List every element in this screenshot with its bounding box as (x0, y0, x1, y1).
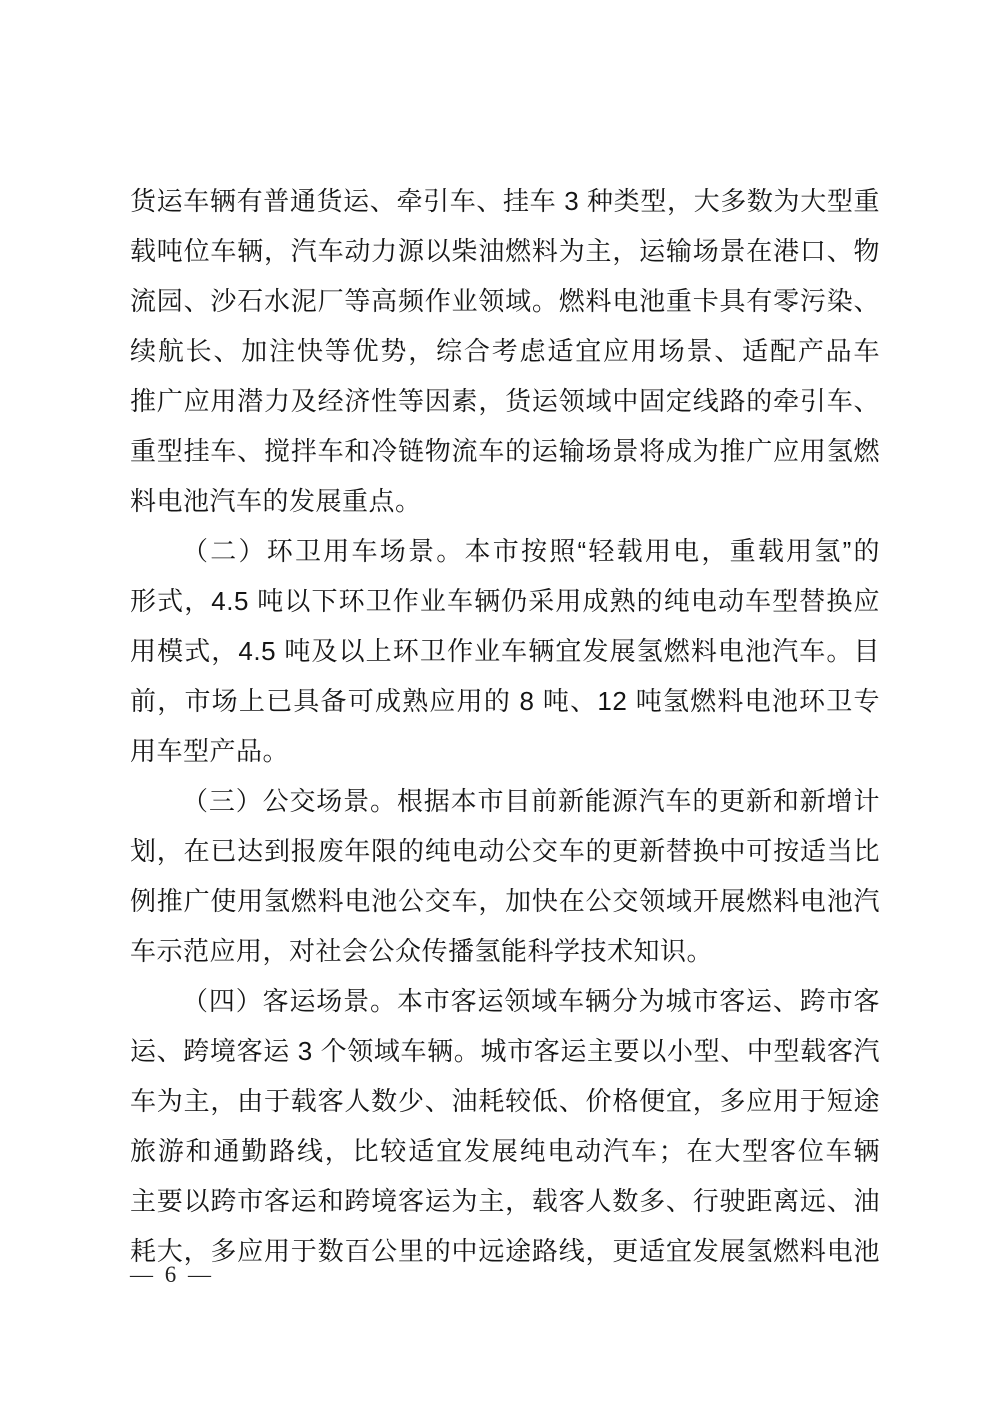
text-line: 耗大，多应用于数百公里的中远途路线，更适宜发展氢燃料电池 (130, 1226, 880, 1276)
text-line: 划，在已达到报废年限的纯电动公交车的更新替换中可按适当比 (130, 826, 880, 876)
text-line-paragraph-start: （四）客运场景。本市客运领域车辆分为城市客运、跨市客 (130, 976, 880, 1026)
text-line: 重型挂车、搅拌车和冷链物流车的运输场景将成为推广应用氢燃 (130, 426, 880, 476)
text-line: 前，市场上已具备可成熟应用的 8 吨、12 吨氢燃料电池环卫专 (130, 676, 880, 726)
text-line: 载吨位车辆，汽车动力源以柴油燃料为主，运输场景在港口、物 (130, 226, 880, 276)
text-line: 续航长、加注快等优势，综合考虑适宜应用场景、适配产品车型、 (130, 326, 880, 376)
text-line: 形式，4.5 吨以下环卫作业车辆仍采用成熟的纯电动车型替换应 (130, 576, 880, 626)
text-line-paragraph-end: 车示范应用，对社会公众传播氢能科学技术知识。 (130, 926, 880, 976)
text-line-paragraph-start: （二）环卫用车场景。本市按照“轻载用电，重载用氢”的 (130, 526, 880, 576)
text-line: 流园、沙石水泥厂等高频作业领域。燃料电池重卡具有零污染、 (130, 276, 880, 326)
text-line: 运、跨境客运 3 个领域车辆。城市客运主要以小型、中型载客汽 (130, 1026, 880, 1076)
text-line: 旅游和通勤路线，比较适宜发展纯电动汽车；在大型客位车辆中， (130, 1126, 880, 1176)
body-text: 货运车辆有普通货运、牵引车、挂车 3 种类型，大多数为大型重 载吨位车辆，汽车动… (130, 176, 880, 1276)
text-line: 车为主，由于载客人数少、油耗较低、价格便宜，多应用于短途 (130, 1076, 880, 1126)
text-line-paragraph-end: 料电池汽车的发展重点。 (130, 476, 880, 526)
text-line: 货运车辆有普通货运、牵引车、挂车 3 种类型，大多数为大型重 (130, 176, 880, 226)
text-line: 用模式，4.5 吨及以上环卫作业车辆宜发展氢燃料电池汽车。目 (130, 626, 880, 676)
text-line-paragraph-end: 用车型产品。 (130, 726, 880, 776)
text-line: 推广应用潜力及经济性等因素，货运领域中固定线路的牵引车、 (130, 376, 880, 426)
text-line-paragraph-start: （三）公交场景。根据本市目前新能源汽车的更新和新增计 (130, 776, 880, 826)
text-line: 主要以跨市客运和跨境客运为主，载客人数多、行驶距离远、油 (130, 1176, 880, 1226)
document-page: 货运车辆有普通货运、牵引车、挂车 3 种类型，大多数为大型重 载吨位车辆，汽车动… (0, 0, 1000, 1414)
text-line: 例推广使用氢燃料电池公交车，加快在公交领域开展燃料电池汽 (130, 876, 880, 926)
page-number-footer: — 6 — (130, 1260, 214, 1290)
